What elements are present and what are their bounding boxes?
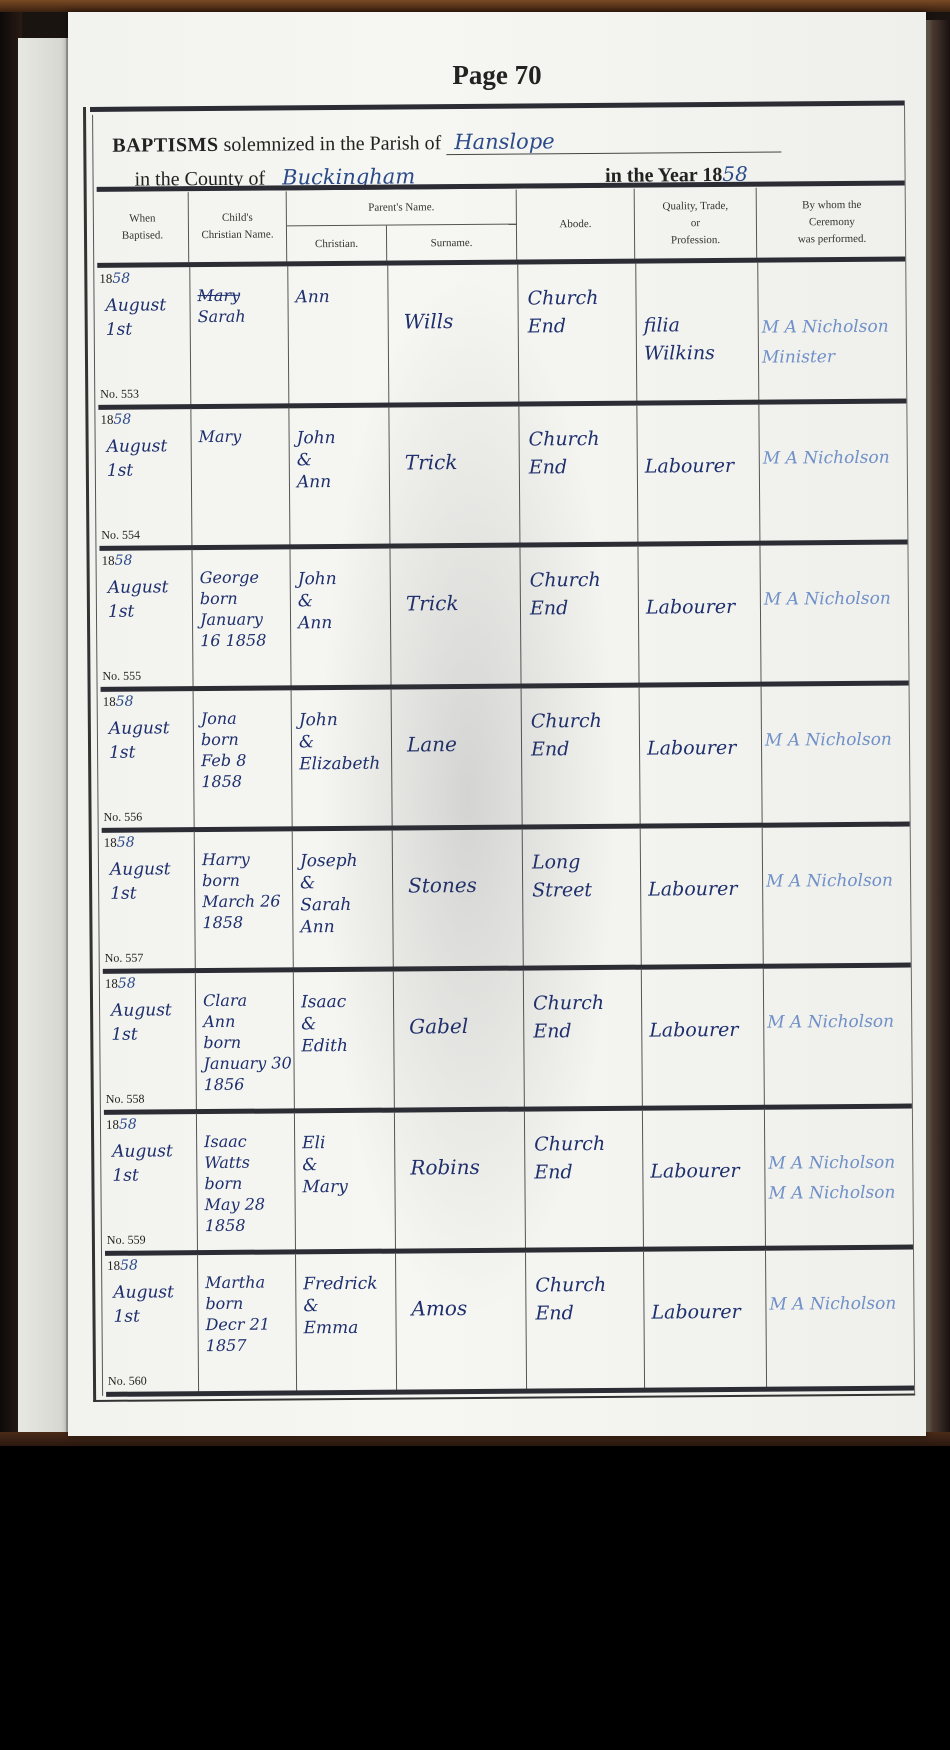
entry-year: 1858	[103, 694, 134, 710]
entry-child-name: Mary Sarah	[197, 284, 289, 327]
entry-abode: Church End	[531, 707, 639, 764]
heading-parish-line: BAPTISMS solemnized in the Parish of Han…	[112, 128, 781, 158]
parish-field: Hanslope	[446, 128, 781, 156]
col-child-name: Child's Christian Name.	[189, 191, 288, 262]
entry-year: 1858	[107, 1258, 138, 1274]
column-headers: When Baptised. Child's Christian Name. P…	[97, 187, 906, 263]
entry-child-name: George born January 16 1858	[200, 566, 293, 651]
entry-number: No. 559	[107, 1233, 146, 1248]
entry-abode: Church End	[533, 989, 641, 1046]
entry-minister: M A Nicholson M A Nicholson	[768, 1147, 918, 1208]
entry-minister: M A Nicholson	[764, 583, 914, 614]
entry-number: No. 556	[104, 810, 143, 825]
entry-minister: M A Nicholson	[763, 442, 913, 473]
entry-number: No. 554	[101, 528, 140, 543]
entry-quality: Labourer	[647, 734, 771, 763]
entry-abode: Church End	[535, 1271, 643, 1328]
entry-parent-christian: John & Elizabeth	[299, 709, 396, 776]
entry-number: No. 560	[108, 1374, 147, 1389]
entry-child-name: Mary	[199, 425, 291, 447]
baptism-entry: 1858 August 1st Martha born Decr 21 1857…	[105, 1249, 914, 1393]
entry-abode: Church End	[527, 284, 635, 341]
baptism-entry: 1858 August 1st Mary John & Ann Trick Ch…	[98, 403, 907, 547]
entry-parent-christian: John & Ann	[297, 427, 394, 494]
page-number: Page 70	[68, 60, 926, 91]
entry-when-baptised: August 1st	[112, 1139, 198, 1188]
col-by-whom: By whom the Ceremony was performed.	[757, 187, 908, 258]
entry-number: No. 555	[102, 669, 141, 684]
baptism-entry: 1858 August 1st Isaac Watts born May 28 …	[104, 1108, 913, 1252]
entry-parent-christian: John & Ann	[298, 568, 395, 635]
entry-year: 1858	[100, 412, 131, 428]
entry-year: 1858	[99, 271, 130, 287]
baptism-entry: 1858 August 1st Jona born Feb 8 1858 Joh…	[101, 685, 910, 829]
entry-minister: M A Nicholson	[766, 865, 916, 896]
wooden-table-edge	[0, 0, 950, 12]
entry-abode: Long Street	[532, 848, 640, 905]
baptism-register-table: BAPTISMS solemnized in the Parish of Han…	[83, 101, 915, 1402]
col-parent-christian: Christian.	[287, 226, 387, 262]
entry-child-name: Clara Ann born January 30 1856	[203, 989, 296, 1095]
entry-when-baptised: August 1st	[110, 857, 196, 906]
register-page: Page 70 BAPTISMS solemnized in the Paris…	[68, 12, 926, 1436]
entry-minister: M A Nicholson	[767, 1006, 917, 1037]
entry-when-baptised: August 1st	[105, 293, 191, 342]
entry-year: 1858	[104, 835, 135, 851]
col-abode: Abode.	[517, 189, 636, 260]
entry-parent-christian: Eli & Mary	[302, 1132, 399, 1199]
entry-abode: Church End	[529, 425, 637, 482]
entry-minister: M A Nicholson	[765, 724, 915, 755]
entry-quality: Labourer	[650, 1157, 774, 1186]
baptism-entry: 1858 August 1st Clara Ann born January 3…	[103, 967, 912, 1111]
col-quality: Quality, Trade, or Profession.	[635, 188, 758, 259]
entry-when-baptised: August 1st	[111, 998, 197, 1047]
entry-when-baptised: August 1st	[108, 575, 194, 624]
entry-minister: M A Nicholson	[769, 1288, 919, 1319]
entry-quality: Labourer	[646, 593, 770, 622]
entry-surname: Gabel	[409, 1014, 521, 1039]
entry-surname: Amos	[411, 1296, 523, 1321]
entry-quality: filia Wilkins	[644, 311, 768, 368]
col-when-baptised: When Baptised.	[97, 192, 190, 263]
baptism-entry: 1858 August 1st Mary Sarah Ann Wills Chu…	[97, 262, 906, 406]
entry-quality: Labourer	[651, 1298, 775, 1327]
underlying-page-edge	[18, 38, 68, 1438]
entry-year: 1858	[102, 553, 133, 569]
entry-when-baptised: August 1st	[113, 1280, 199, 1329]
entry-child-name: Isaac Watts born May 28 1858	[204, 1130, 297, 1236]
entry-parent-christian: Joseph & Sarah Ann	[300, 850, 397, 939]
entry-surname: Robins	[410, 1155, 522, 1180]
col-parent-surname: Surname.	[387, 225, 517, 261]
entry-quality: Labourer	[645, 452, 769, 481]
entry-quality: Labourer	[649, 1016, 773, 1045]
entry-parent-christian: Isaac & Edith	[301, 991, 398, 1058]
entry-abode: Church End	[530, 566, 638, 623]
col-parents-name: Parent's Name.	[287, 190, 517, 227]
entry-abode: Church End	[534, 1130, 642, 1187]
entry-minister: M A Nicholson Minister	[762, 311, 912, 372]
entry-surname: Stones	[408, 873, 520, 898]
entry-number: No. 553	[100, 387, 139, 402]
entry-surname: Trick	[405, 450, 517, 475]
entry-surname: Lane	[407, 732, 519, 757]
entry-when-baptised: August 1st	[109, 716, 195, 765]
entry-year: 1858	[106, 1117, 137, 1133]
entry-rule	[106, 1386, 914, 1397]
baptisms-label: BAPTISMS	[112, 134, 218, 157]
entry-number: No. 558	[106, 1092, 145, 1107]
entry-parent-christian: Ann	[295, 286, 391, 309]
entry-child-name: Martha born Decr 21 1857	[205, 1271, 298, 1356]
entry-number: No. 557	[105, 951, 144, 966]
baptism-entries: 1858 August 1st Mary Sarah Ann Wills Chu…	[97, 262, 914, 1400]
baptism-entry: 1858 August 1st Harry born March 26 1858…	[102, 826, 911, 970]
entry-child-name: Jona born Feb 8 1858	[201, 707, 294, 792]
baptism-entry: 1858 August 1st George born January 16 1…	[99, 544, 908, 688]
entry-surname: Wills	[404, 309, 516, 334]
entry-year: 1858	[105, 976, 136, 992]
entry-surname: Trick	[406, 591, 518, 616]
entry-when-baptised: August 1st	[107, 434, 193, 483]
entry-child-name: Harry born March 26 1858	[202, 848, 295, 933]
solemnized-label: solemnized in the Parish of	[223, 132, 441, 156]
entry-parent-christian: Fredrick & Emma	[303, 1273, 400, 1340]
entry-quality: Labourer	[648, 875, 772, 904]
